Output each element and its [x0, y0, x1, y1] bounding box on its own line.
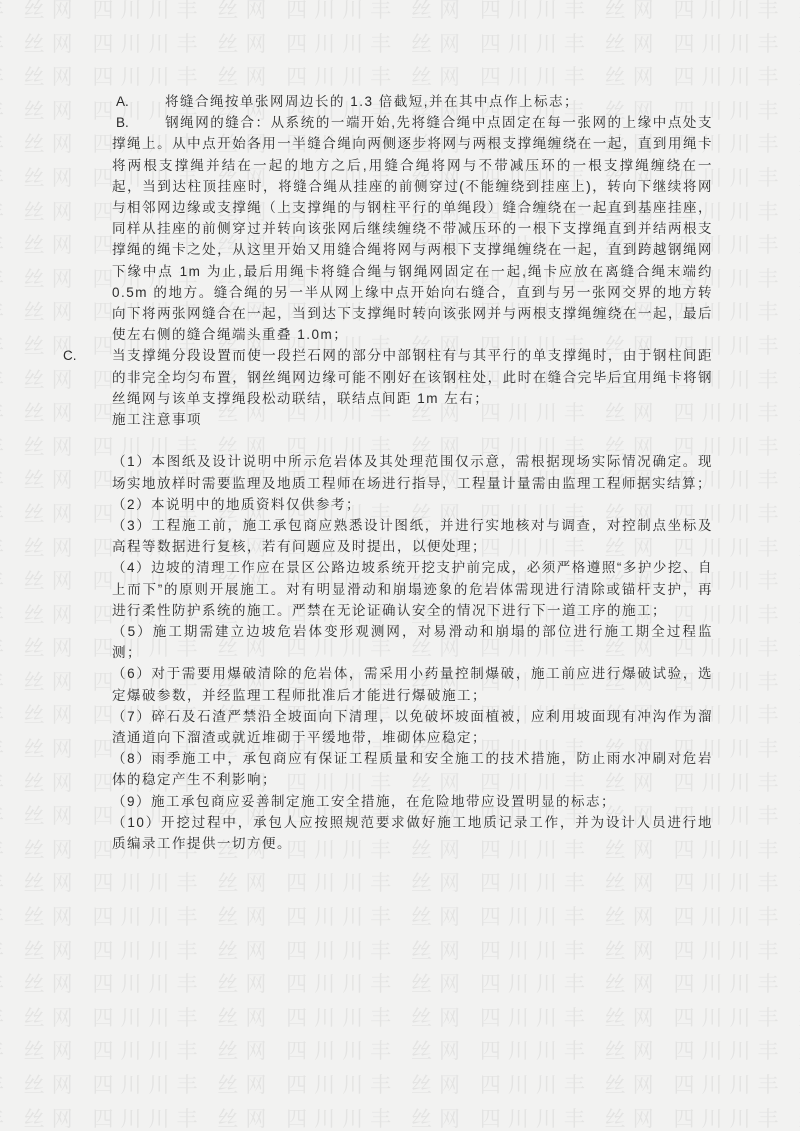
watermark-row: 丝网 四川川丰 丝网 四川川丰 丝网 四川川丰 丝网 四川川丰 丝网 四川川丰 … — [0, 0, 800, 28]
blank-line — [112, 430, 713, 451]
note-item-9: （9）施工承包商应妥善制定施工安全措施，在危险地带应设置明显的标志； — [112, 791, 713, 812]
item-b-text: 钢绳网的缝合：从系统的一端开始,先将缝合绳中点固定在每一张网的上缘中点处支撑绳上… — [112, 115, 713, 342]
note-item-2: （2）本说明中的地质资料仅供参考； — [112, 494, 713, 515]
section-heading: 施工注意事项 — [112, 409, 713, 430]
watermark-row: 丝网 四川川丰 丝网 四川川丰 丝网 四川川丰 丝网 四川川丰 丝网 四川川丰 … — [0, 935, 800, 969]
watermark-row: 丝网 四川川丰 丝网 四川川丰 丝网 四川川丰 丝网 四川川丰 丝网 四川川丰 … — [0, 968, 800, 1002]
item-b-label: B. — [112, 112, 165, 133]
note-item-7: （7）碎石及石渣严禁沿全坡面向下清理，以免破坏坡面植被，应利用坡面现有冲沟作为溜… — [112, 706, 713, 748]
note-item-5: （5）施工期需建立边坡危岩体变形观测网，对易滑动和崩塌的部位进行施工期全过程监测… — [112, 621, 713, 663]
watermark-row: 丝网 四川川丰 丝网 四川川丰 丝网 四川川丰 丝网 四川川丰 丝网 四川川丰 … — [0, 1002, 800, 1036]
item-a-text: 将缝合绳按单张网周边长的 1.3 倍截短,并在其中点作上标志； — [165, 94, 579, 109]
watermark-row: 丝网 四川川丰 丝网 四川川丰 丝网 四川川丰 丝网 四川川丰 丝网 四川川丰 … — [0, 901, 800, 935]
note-item-10: （10）开挖过程中，承包人应按照规范要求做好施工地质记录工作，并为设计人员进行地… — [112, 812, 713, 854]
document-page: 丝网 四川川丰 丝网 四川川丰 丝网 四川川丰 丝网 四川川丰 丝网 四川川丰 … — [0, 0, 800, 1131]
note-item-3: （3）工程施工前，施工承包商应熟悉设计图纸，并进行实地核对与调查，对控制点坐标及… — [112, 515, 713, 557]
item-a-label: A. — [112, 91, 165, 112]
watermark-row: 丝网 四川川丰 丝网 四川川丰 丝网 四川川丰 丝网 四川川丰 丝网 四川川丰 … — [0, 867, 800, 901]
watermark-row: 丝网 四川川丰 丝网 四川川丰 丝网 四川川丰 丝网 四川川丰 丝网 四川川丰 … — [0, 28, 800, 62]
watermark-row: 丝网 四川川丰 丝网 四川川丰 丝网 四川川丰 丝网 四川川丰 丝网 四川川丰 … — [0, 61, 800, 95]
document-content: A.将缝合绳按单张网周边长的 1.3 倍截短,并在其中点作上标志； B.钢绳网的… — [112, 91, 713, 854]
watermark-row: 丝网 四川川丰 丝网 四川川丰 丝网 四川川丰 丝网 四川川丰 丝网 四川川丰 … — [0, 1035, 800, 1069]
watermark-row: 丝网 四川川丰 丝网 四川川丰 丝网 四川川丰 丝网 四川川丰 丝网 四川川丰 … — [0, 1069, 800, 1103]
item-c-label: C. — [59, 345, 112, 366]
spec-item-b: B.钢绳网的缝合：从系统的一端开始,先将缝合绳中点固定在每一张网的上缘中点处支撑… — [112, 112, 713, 345]
item-c-text: 当支撑绳分段设置而使一段拦石网的部分中部钢柱有与其平行的单支撑绳时，由于钢柱间距… — [112, 348, 713, 405]
note-item-8: （8）雨季施工中，承包商应有保证工程质量和安全施工的技术措施，防止雨水冲刷对危岩… — [112, 748, 713, 790]
note-item-1: （1）本图纸及设计说明中所示危岩体及其处理范围仅示意，需根据现场实际情况确定。现… — [112, 451, 713, 493]
watermark-row: 丝网 四川川丰 丝网 四川川丰 丝网 四川川丰 丝网 四川川丰 丝网 四川川丰 … — [0, 1103, 800, 1131]
spec-item-c: C.当支撑绳分段设置而使一段拦石网的部分中部钢柱有与其平行的单支撑绳时，由于钢柱… — [112, 345, 713, 409]
note-item-4: （4）边坡的清理工作应在景区公路边坡系统开挖支护前完成，必须严格遵照“多护少挖、… — [112, 557, 713, 621]
note-item-6: （6）对于需要用爆破清除的危岩体，需采用小药量控制爆破，施工前应进行爆破试验，选… — [112, 663, 713, 705]
spec-item-a: A.将缝合绳按单张网周边长的 1.3 倍截短,并在其中点作上标志； — [112, 91, 713, 112]
